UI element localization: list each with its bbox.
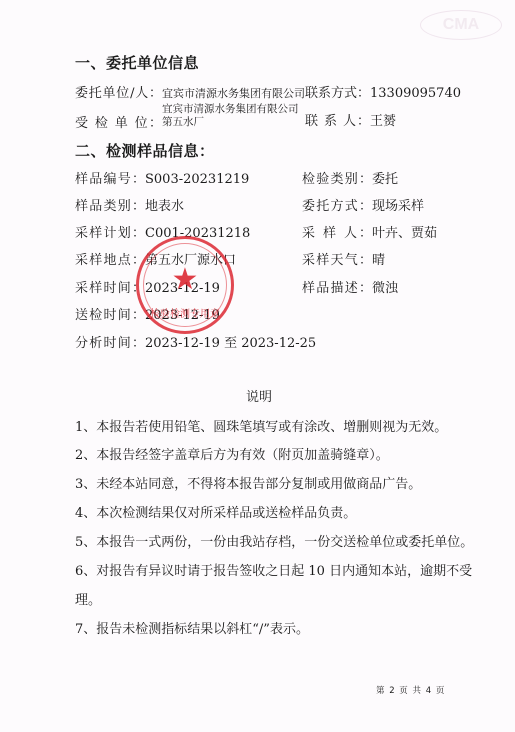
commission-method-value: 现场采样 [372,199,424,214]
star-icon: ★ [139,265,231,295]
note-item-7: 7、报告未检测指标结果以斜杠“/”表示。 [75,618,309,637]
sampling-time-label: 采样时间： [75,277,145,296]
sample-id-label: 样品编号： [75,168,145,187]
page-number: 第 2 页 共 4 页 [376,684,445,696]
inspection-type-row: 检验类别：委托 [302,168,398,187]
contact-person-row: 联 系 人：王赟 [305,110,396,129]
sampling-weather-row: 采样天气：晴 [302,249,385,268]
commission-method-label: 委托方式： [302,195,372,214]
sample-description-label: 样品描述： [302,277,372,296]
contact-method-label: 联系方式： [305,86,370,101]
watermark-logo: CMA [420,10,502,40]
note-item-3: 3、未经本站同意，不得将本报告部分复制或用做商品广告。 [75,473,421,492]
note-item-6: 6、对报告有异议时请于报告签收之日起 10 日内通知本站，逾期不受 [75,560,472,579]
sampling-location-label: 采样地点： [75,249,145,268]
inspected-label: 受 检 单 位： [75,112,162,131]
official-seal: ★ 检验检测专用章 [136,236,234,334]
inspected-value-line2: 第五水厂 [162,116,299,129]
contact-person-value: 王赟 [370,114,396,129]
sample-id-value: S003-20231219 [145,172,249,187]
sample-description-row: 样品描述：微浊 [302,277,398,296]
contact-method-row: 联系方式：13309095740 [305,82,461,101]
analysis-time-row: 分析时间：2023-12-19 至 2023-12-25 [75,332,316,351]
contact-person-label: 联 系 人： [305,110,370,129]
note-item-2: 2、本报告经签字盖章后方为有效（附页加盖骑缝章）。 [75,444,389,463]
submission-time-label: 送检时间： [75,304,145,323]
analysis-time-label: 分析时间： [75,332,145,351]
sample-category-label: 样品类别： [75,195,145,214]
seal-text: 检验检测专用章 [139,305,231,320]
commission-method-row: 委托方式：现场采样 [302,195,424,214]
sampling-weather-value: 晴 [372,253,385,268]
client-row: 委托单位/人：宜宾市清源水务集团有限公司 [75,82,305,101]
sample-category-row: 样品类别：地表水 [75,195,184,214]
note-item-6-cont: 理。 [75,589,101,608]
inspected-label-wrap: 受 检 单 位： [75,112,162,131]
sampling-weather-label: 采样天气： [302,249,372,268]
notes-title: 说明 [246,386,272,405]
inspection-type-label: 检验类别： [302,168,372,187]
sample-description-value: 微浊 [372,281,398,296]
sampling-plan-label: 采样计划： [75,222,145,241]
client-label: 委托单位/人： [75,82,162,101]
inspected-value: 宜宾市清源水务集团有限公司 第五水厂 [162,103,299,129]
sampler-value: 叶卉、贾茹 [372,226,437,241]
section-1-title: 一、委托单位信息 [75,52,199,73]
inspected-value-line1: 宜宾市清源水务集团有限公司 [162,103,299,116]
note-item-1: 1、本报告若使用铅笔、圆珠笔填写或有涂改、增删则视为无效。 [75,416,447,435]
sample-id-row: 样品编号：S003-20231219 [75,168,249,187]
sampler-label: 采 样 人： [302,222,372,241]
section-2-title: 二、检测样品信息： [75,140,215,161]
client-value: 宜宾市清源水务集团有限公司 [162,87,305,100]
sampler-row: 采 样 人：叶卉、贾茹 [302,222,437,241]
inspection-type-value: 委托 [372,172,398,187]
note-item-4: 4、本次检测结果仅对所采样品或送检样品负责。 [75,502,356,521]
contact-method-value: 13309095740 [370,86,461,101]
sampling-plan-row: 采样计划：C001-20231218 [75,222,250,241]
sample-category-value: 地表水 [145,199,184,214]
note-item-5: 5、本报告一式两份，一份由我站存档，一份交送检单位或委托单位。 [75,531,473,550]
analysis-time-value: 2023-12-19 至 2023-12-25 [145,336,316,351]
